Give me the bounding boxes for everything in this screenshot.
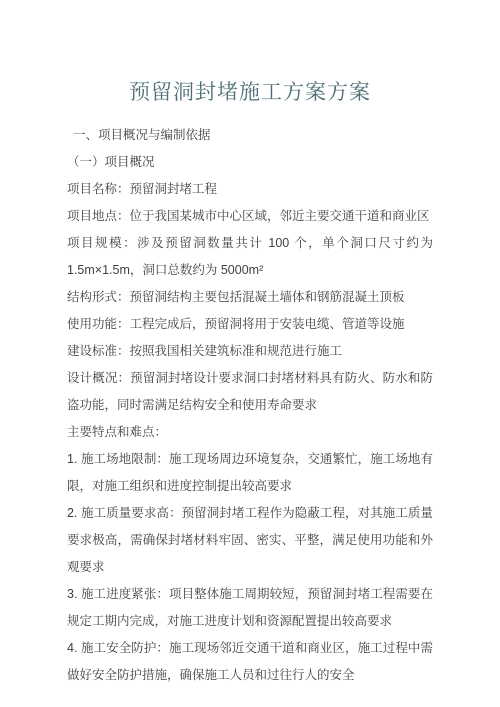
list-item-3: 3. 施工进度紧张：项目整体施工周期较短，预留洞封堵工程需要在规定工期内完成，对… [67,581,433,635]
paragraph-project-name: 项目名称：预留洞封堵工程 [67,176,433,203]
paragraph-use-function: 使用功能：工程完成后，预留洞将用于安装电缆、管道等设施 [67,311,433,338]
subsection-heading: （一）项目概况 [67,149,433,176]
list-item-1: 1. 施工场地限制：施工现场周边环境复杂，交通繁忙，施工场地有限，对施工组织和进… [67,446,433,500]
document-title: 预留洞封堵施工方案方案 [0,0,500,108]
paragraph-structure-type: 结构形式：预留洞结构主要包括混凝土墙体和钢筋混凝土顶板 [67,284,433,311]
paragraph-project-location: 项目地点：位于我国某城市中心区域，邻近主要交通干道和商业区 [67,203,433,230]
document-page: 预留洞封堵施工方案方案 一、项目概况与编制依据 （一）项目概况 项目名称：预留洞… [0,0,500,707]
paragraph-features-heading: 主要特点和难点： [67,419,433,446]
list-item-4: 4. 施工安全防护：施工现场邻近交通干道和商业区，施工过程中需做好安全防护措施，… [67,635,433,689]
list-item-2: 2. 施工质量要求高：预留洞封堵工程作为隐蔽工程，对其施工质量要求极高，需确保封… [67,500,433,581]
section-heading: 一、项目概况与编制依据 [67,122,433,149]
document-body: 一、项目概况与编制依据 （一）项目概况 项目名称：预留洞封堵工程 项目地点：位于… [67,122,433,689]
paragraph-project-scale: 项目规模：涉及预留洞数量共计 100 个，单个洞口尺寸约为 1.5m×1.5m，… [67,230,433,284]
paragraph-design-overview: 设计概况：预留洞封堵设计要求洞口封堵材料具有防火、防水和防盗功能，同时需满足结构… [67,365,433,419]
paragraph-construction-standard: 建设标准：按照我国相关建筑标准和规范进行施工 [67,338,433,365]
